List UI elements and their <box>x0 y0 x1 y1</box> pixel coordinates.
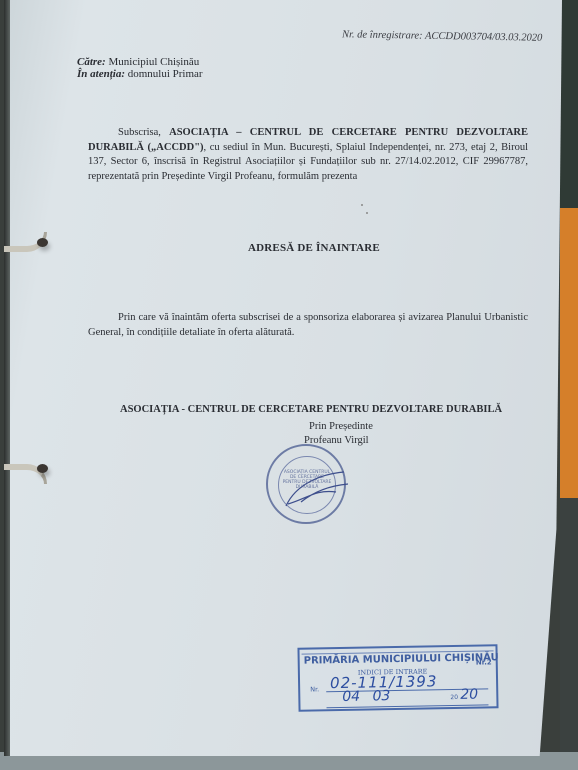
document-title: ADRESĂ DE ÎNAINTARE <box>248 242 380 254</box>
document-page: Nr. de înregistrare: ACCDD003704/03.03.2… <box>4 0 562 756</box>
binder-ring-icon <box>4 232 48 248</box>
signature-role: Prin Președinte <box>309 421 373 432</box>
handwritten-signature <box>266 444 356 524</box>
body-paragraph: Prin care vă înaintăm oferta subscrisei … <box>88 310 528 340</box>
stamp-title: PRIMĂRIA MUNICIPIULUI CHIȘINĂU <box>304 652 499 666</box>
stamp-year: 20 <box>460 687 478 703</box>
signature-organization: ASOCIAȚIA - CENTRUL DE CERCETARE PENTRU … <box>120 404 502 415</box>
background-dark-edge-lower <box>560 498 578 770</box>
intro-paragraph: Subscrisa, ASOCIAȚIA – CENTRUL DE CERCET… <box>88 126 528 184</box>
registration-number: Nr. de înregistrare: ACCDD003704/03.03.2… <box>342 29 542 43</box>
background-orange-folder <box>560 208 578 498</box>
incoming-registration-stamp: PRIMĂRIA MUNICIPIULUI CHIȘINĂU Nr.2 INDI… <box>297 644 498 711</box>
stamp-date: 04 03 <box>342 688 390 705</box>
recipient-line: Către: Municipiul Chișinău <box>77 56 203 68</box>
binder-edge <box>4 0 10 756</box>
stamp-nr-label: Nr.2 <box>476 658 492 666</box>
stamp-number-label: Nr. <box>310 685 319 693</box>
binder-ring-icon <box>4 464 48 480</box>
stamp-year-prefix: 20 <box>450 694 458 701</box>
background-dark-edge <box>560 0 578 208</box>
attention-line: În atenția: domnului Primar <box>77 68 203 80</box>
recipient-block: Către: Municipiul Chișinău În atenția: d… <box>77 56 203 80</box>
